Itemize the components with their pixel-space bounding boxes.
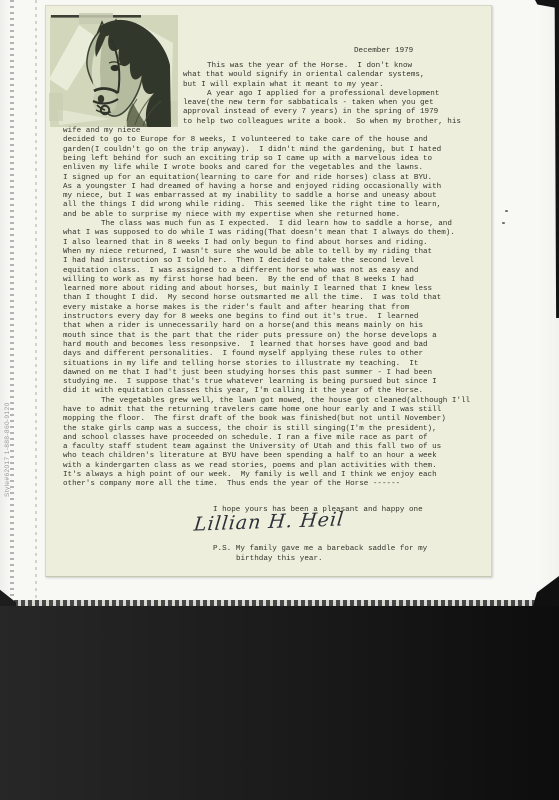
dust-speck xyxy=(502,222,505,224)
sleeve-serrated-edge-left xyxy=(10,0,14,600)
letter-body: This was the year of the Horse. I don't … xyxy=(46,62,491,490)
sleeve-dotted-edge xyxy=(35,0,37,598)
horse-drawing-spacer xyxy=(63,62,183,124)
letter-paragraph: The class was much fun as I expected. I … xyxy=(63,220,483,397)
letter-paragraph: The vegetables grew well, the lawn got m… xyxy=(63,397,483,490)
handwritten-signature: Lillian H. Heil xyxy=(193,508,345,535)
letter-date: December 1979 xyxy=(354,47,413,55)
dust-speck xyxy=(505,210,508,212)
letter-paper: December 1979 This was the year of the H… xyxy=(45,5,492,577)
postscript: P.S. My family gave me a bareback saddle… xyxy=(213,545,466,564)
photo-background-bottom xyxy=(0,606,559,800)
sleeve-stamp-text: Style#62017 1-888-860-9120 xyxy=(4,402,11,497)
scanned-letter-photo: Style#62017 1-888-860-9120 xyxy=(0,0,559,800)
